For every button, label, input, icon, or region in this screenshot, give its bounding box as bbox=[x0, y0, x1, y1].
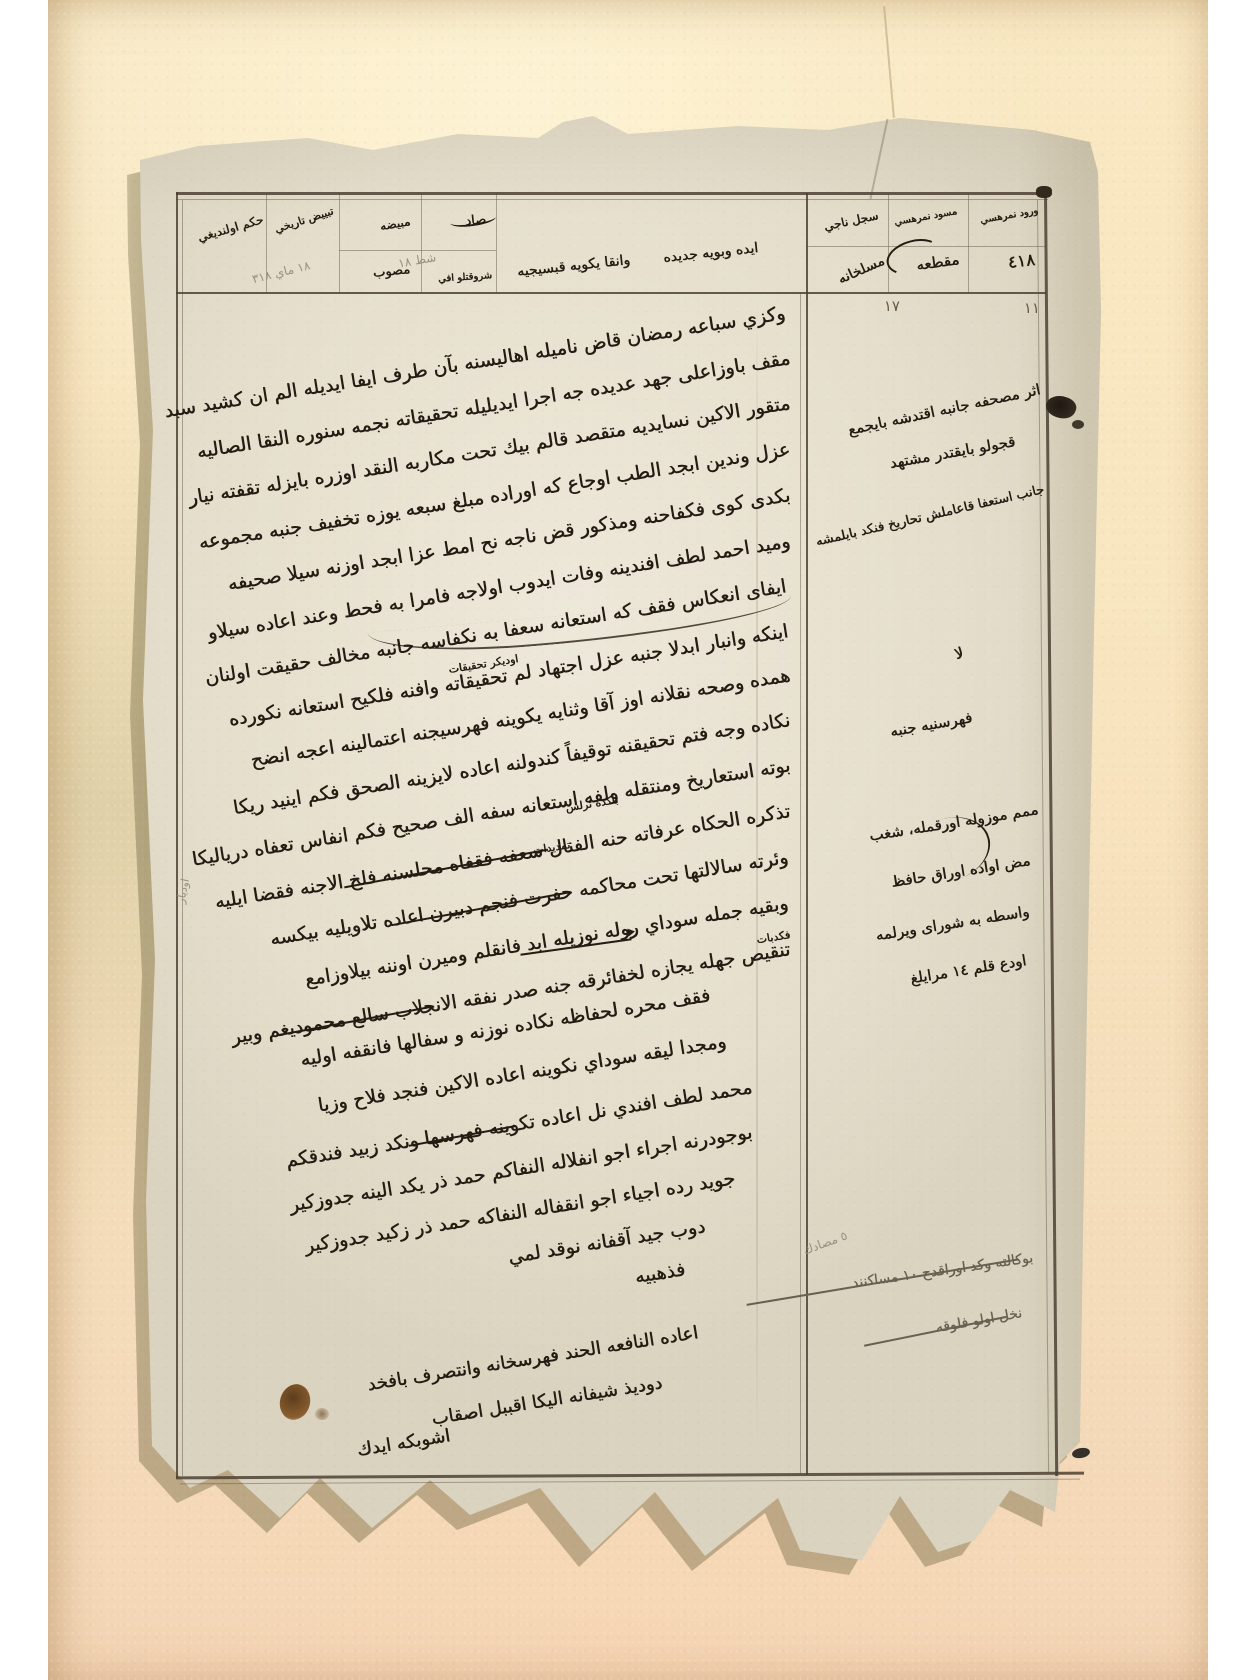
margin-note: واسطه به شوراى ويرلمه bbox=[785, 902, 1031, 959]
margin-note: مض اواده اوراق حافظ bbox=[790, 851, 1032, 907]
cancelled-note: نخل اولو فلوقه bbox=[853, 1305, 1023, 1352]
margin-note: فهرسنيه جنبه bbox=[823, 708, 974, 753]
summary-cell-left: وانقا يكويه قبسيجيه bbox=[502, 252, 631, 283]
strike-through bbox=[863, 1316, 1005, 1347]
pencil-signature: ٥ مصادك bbox=[741, 1228, 849, 1280]
folio-number-17: ١٧ bbox=[860, 297, 900, 316]
manuscript-line: فذهبيه bbox=[574, 1258, 686, 1299]
strike-through bbox=[409, 1125, 516, 1147]
folio-number-11: ١١ bbox=[1000, 299, 1040, 318]
col-header-decision-date: حكم اولنديغي bbox=[184, 212, 265, 248]
col-value-entry-number: ٤١٨ bbox=[978, 250, 1036, 277]
pencil-date-note: ١٨ ماي ٣١٨ bbox=[182, 258, 312, 304]
margin-mark: لا bbox=[926, 643, 966, 672]
strike-through bbox=[392, 891, 571, 926]
summary-cell-right: ايده وبويه جديده bbox=[628, 240, 759, 271]
handwriting-layer: حكم اولنديغيتبييض تاريخيمبيضهمصوبصادشروق… bbox=[0, 0, 1253, 1680]
col-header-issued-note: شروقتلو افي bbox=[422, 270, 493, 287]
scanned-document-page: حكم اولنديغيتبييض تاريخيمبيضهمصوبصادشروق… bbox=[0, 0, 1253, 1680]
col-header-clean-copy: مبيضه bbox=[352, 214, 412, 239]
col-header-entry-number: ورود نمرهسي bbox=[976, 205, 1039, 228]
col-header-register: سجل ناجي bbox=[816, 208, 880, 236]
col-header-issued: صاد bbox=[431, 212, 486, 234]
col-header-clean-copy-date: تبييض تاريخي bbox=[270, 204, 335, 237]
col-header-draft-number: مسود نمرهسي bbox=[897, 206, 958, 229]
margin-note: اودع قلم ١٤ مرايلغ bbox=[778, 951, 1028, 1009]
col-value-register: مسلخانه bbox=[815, 253, 888, 298]
strike-through bbox=[747, 1258, 1018, 1305]
margin-note: ممم موزوله اورقمله، شغب bbox=[799, 800, 1039, 856]
col-value-draft: مقطعه bbox=[898, 250, 960, 277]
margin-note: جانب استعفا قاعاملش تحاريخ فنكد بايلمشه bbox=[777, 482, 1046, 559]
